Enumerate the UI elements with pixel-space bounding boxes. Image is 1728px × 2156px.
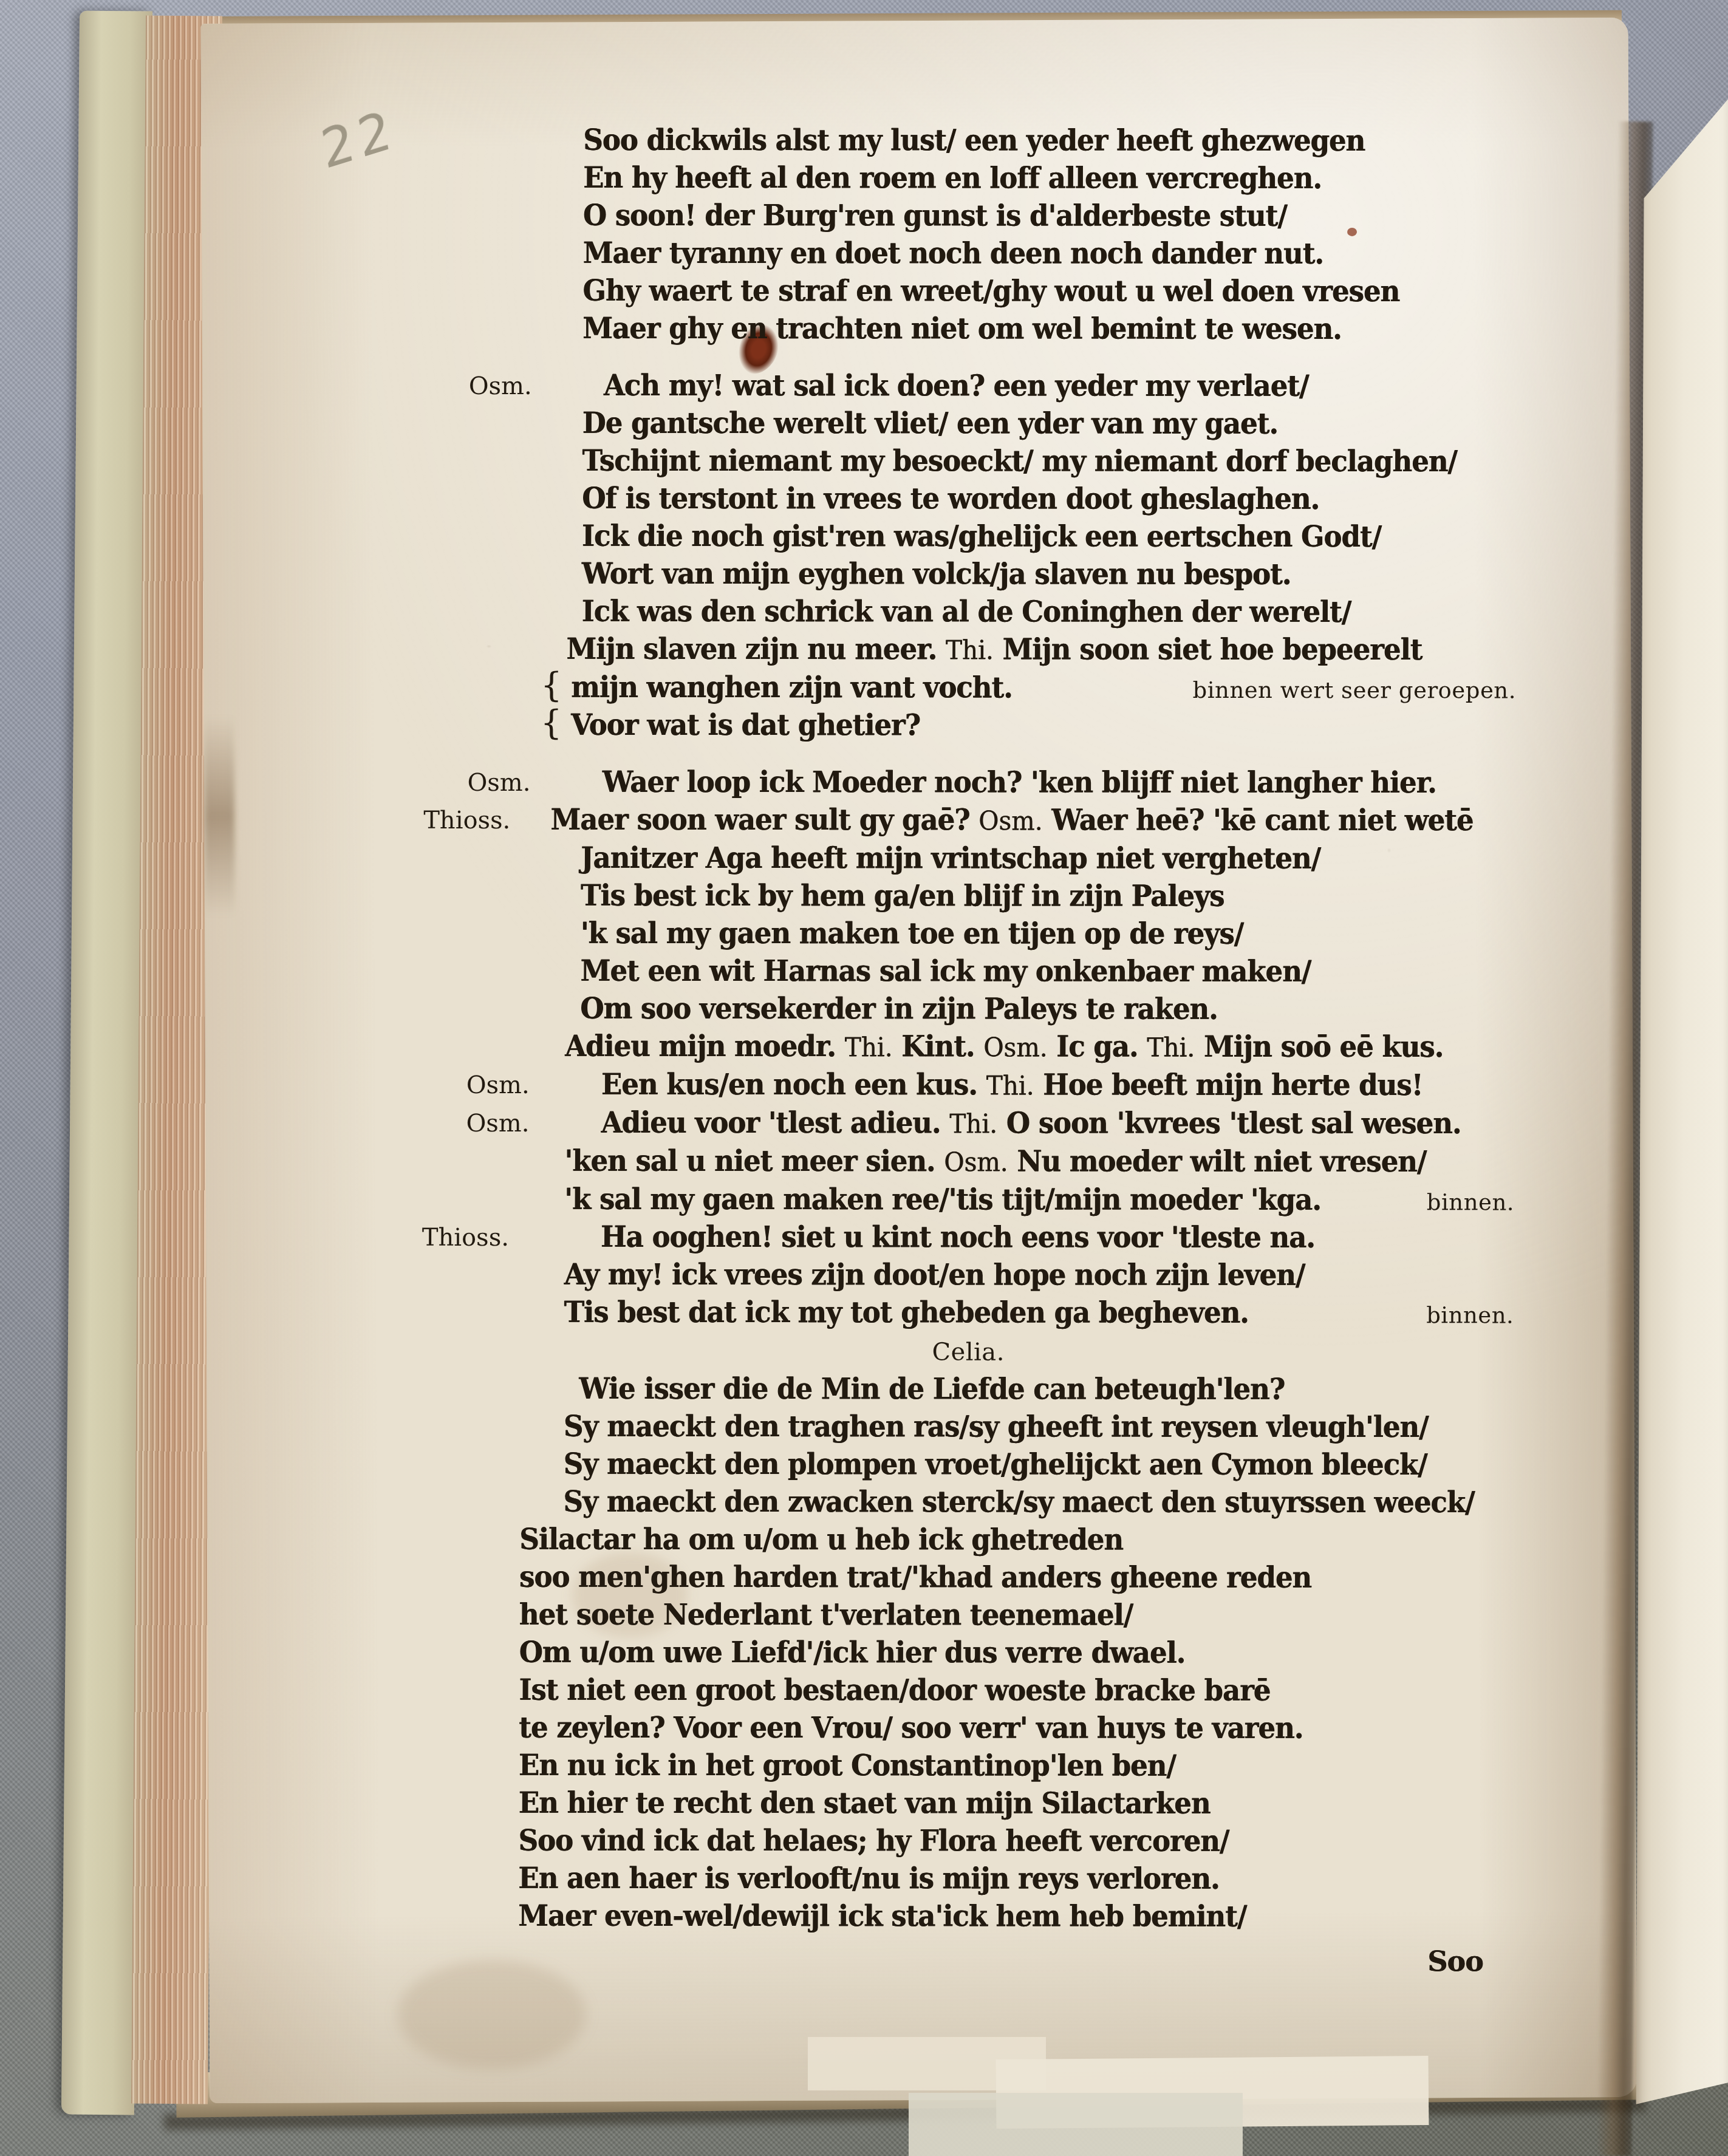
verse-line: Osm.Adieu voor 'tlest adieu. Thi. O soon… — [418, 1105, 1519, 1144]
verse-text: Tschijnt niemant my besoeckt/ my niemant… — [582, 441, 1457, 482]
verse-line: Celia. — [418, 1332, 1518, 1372]
verse-text: soo men'ghen harden trat/'khad anders gh… — [519, 1557, 1311, 1598]
verse-line: Wort van mijn eyghen volck/ja slaven nu … — [421, 556, 1521, 595]
verse-text: Maer soon waer sult gy gaē? Osm. Waer he… — [550, 800, 1473, 842]
verse-text: Ick was den schrick van al de Coninghen … — [581, 592, 1351, 632]
verse-line: Janitzer Aga heeft mijn vrintschap niet … — [420, 840, 1520, 879]
catchword: Soo — [1427, 1945, 1483, 1977]
facing-page-edge — [1630, 0, 1728, 2156]
verse-line: Of is terstont in vrees te worden doot g… — [421, 480, 1521, 519]
verse-text: het soete Nederlant t'verlaten teenemael… — [519, 1595, 1133, 1636]
verse-text: 'ken sal u niet meer sien. Osm. Nu moede… — [564, 1141, 1426, 1183]
verse-text: te zeylen? Voor een Vrou/ soo verr' van … — [519, 1708, 1303, 1748]
verse-lines: Soo dickwils alst my lust/ een yeder hee… — [416, 122, 1523, 1937]
verse-line: 'ken sal u niet meer sien. Osm. Nu moede… — [418, 1143, 1519, 1182]
verse-text: Silactar ha om u/om u heb ick ghetreden — [519, 1520, 1123, 1560]
verse-line: Sy maeckt den zwacken sterck/sy maect de… — [417, 1484, 1518, 1523]
verse-line: Tis best ick by hem ga/en blijf in zijn … — [420, 878, 1520, 916]
verse-text: Soo dickwils alst my lust/ een yeder hee… — [583, 120, 1365, 161]
verse-line: te zeylen? Voor een Vrou/ soo verr' van … — [417, 1710, 1517, 1748]
verse-text: En nu ick in het groot Constantinop'len … — [519, 1745, 1176, 1786]
verse-text: Ghy waert te straf en wreet/ghy wout u w… — [582, 271, 1399, 312]
brace: { — [541, 704, 562, 742]
stage-direction: binnen. — [1427, 1184, 1514, 1221]
verse-text: En hy heeft al den roem en loff alleen v… — [583, 158, 1322, 199]
catchword-row: Soo — [416, 1944, 1517, 1978]
verse-line: Ay my! ick vrees zijn doot/en hope noch … — [418, 1257, 1519, 1295]
verse-line: Thioss.Ha ooghen! siet u kint noch eens … — [418, 1219, 1519, 1258]
verse-line: Soo dickwils alst my lust/ een yeder hee… — [422, 122, 1523, 161]
verse-line: Tschijnt niemant my besoeckt/ my niemant… — [421, 443, 1521, 482]
verse-text: Maer ghy en trachten niet om wel bemint … — [582, 309, 1342, 349]
speaker-label: Thioss. — [422, 1219, 509, 1257]
verse-line: Sy maeckt den traghen ras/sy gheeft int … — [418, 1408, 1518, 1447]
verse-line: En nu ick in het groot Constantinop'len … — [417, 1747, 1517, 1786]
verse-line: 'k sal my gaen maken toe en tijen op de … — [419, 915, 1520, 954]
photo-artifact-patch — [909, 2093, 1243, 2156]
verse-text: Ist niet een groot bestaen/door woeste b… — [519, 1670, 1270, 1711]
verse-line: Maer even-wel/dewijl ick sta'ick hem heb… — [416, 1898, 1517, 1937]
left-page: 22 Soo dickwils alst my lust/ een yeder … — [201, 18, 1638, 2103]
verse-line: De gantsche werelt vliet/ een yder van m… — [421, 405, 1521, 444]
verse-text: Met een wit Harnas sal ick my onkenbaer … — [580, 951, 1311, 992]
verse-line: {Voor wat is dat ghetier? — [420, 707, 1521, 746]
verse-text: Mijn slaven zijn nu meer. Thi. Mijn soon… — [566, 629, 1422, 671]
verse-text: 'k sal my gaen maken toe en tijen op de … — [580, 913, 1243, 954]
verse-text: En aen haer is verlooft/nu is mijn reys … — [518, 1858, 1220, 1899]
verse-text: Adieu voor 'tlest adieu. Thi. O soon 'kv… — [601, 1103, 1461, 1145]
ink-speck — [1347, 228, 1357, 236]
verse-text: Sy maeckt den plompen vroet/ghelijckt ae… — [563, 1444, 1427, 1486]
verse-line: O soon! der Burg'ren gunst is d'alderbes… — [422, 197, 1523, 236]
speaker-label: Osm. — [466, 1066, 530, 1104]
speaker-label: Osm. — [467, 764, 530, 802]
paper-stain — [397, 1959, 586, 2069]
verse-line: Om u/om uwe Liefd'/ick hier dus verre dw… — [417, 1634, 1517, 1673]
brace: { — [541, 667, 562, 704]
verse-text: En hier te recht den staet van mijn Sila… — [518, 1783, 1210, 1824]
verse-line: {mijn wanghen zijn vant vocht.binnen wer… — [420, 669, 1521, 708]
verse-text: O soon! der Burg'ren gunst is d'alderbes… — [583, 196, 1287, 236]
verse-text: Sy maeckt den traghen ras/sy gheeft int … — [564, 1407, 1429, 1448]
verse-text: Een kus/en noch een kus. Thi. Hoe beeft … — [601, 1065, 1423, 1107]
verse-text: Soo vind ick dat helaes; hy Flora heeft … — [518, 1821, 1229, 1861]
verse-text: Ick die noch gist'ren was/ghelijck een e… — [582, 516, 1381, 557]
stage-direction: binnen. — [1426, 1297, 1514, 1334]
verse-text: Tis best dat ick my tot ghebeden ga begh… — [564, 1292, 1249, 1333]
paper-stain — [572, 1552, 688, 1638]
verse-line: Ick die noch gist'ren was/ghelijck een e… — [421, 518, 1521, 557]
verse-text: Maer even-wel/dewijl ick sta'ick hem heb… — [518, 1896, 1246, 1937]
verse-text: Waer loop ick Moeder noch? 'ken blijff n… — [602, 762, 1436, 803]
verse-text: Celia. — [932, 1334, 1005, 1371]
verse-line: Thioss.Maer soon waer sult gy gaē? Osm. … — [420, 802, 1520, 841]
stage-direction: binnen wert seer geroepen. — [1192, 672, 1516, 709]
spine-smudge — [204, 716, 235, 916]
verse-text: Sy maeckt den zwacken sterck/sy maect de… — [563, 1482, 1474, 1523]
verse-text: Ay my! ick vrees zijn doot/en hope noch … — [564, 1255, 1305, 1295]
verse-line: het soete Nederlant t'verlaten teenemael… — [417, 1597, 1518, 1636]
verse-text: 'k sal my gaen maken ree/'tis tijt/mijn … — [564, 1179, 1321, 1220]
verse-line: Met een wit Harnas sal ick my onkenbaer … — [419, 953, 1520, 992]
verse-text: Om soo versekerder in zijn Paleys te rak… — [580, 989, 1218, 1029]
verse-text: Ach my! wat sal ick doen? een yeder my v… — [604, 366, 1309, 406]
verse-line: Ick was den schrick van al de Coninghen … — [420, 593, 1521, 632]
verse-line: En hy heeft al den roem en loff alleen v… — [422, 160, 1523, 199]
speaker-label: Osm. — [469, 367, 532, 405]
ink-stain — [734, 320, 784, 379]
verse-line: En aen haer is verlooft/nu is mijn reys … — [416, 1860, 1517, 1899]
text-block: Soo dickwils alst my lust/ een yeder hee… — [416, 122, 1523, 1978]
verse-line: soo men'ghen harden trat/'khad anders gh… — [417, 1559, 1518, 1598]
verse-text: Of is terstont in vrees te worden doot g… — [582, 479, 1319, 519]
verse-line: Ghy waert te straf en wreet/ghy wout u w… — [422, 273, 1522, 312]
verse-line: Tis best dat ick my tot ghebeden ga begh… — [418, 1294, 1518, 1333]
verse-line: Maer ghy en trachten niet om wel bemint … — [422, 310, 1522, 349]
verse-line: Adieu mijn moedr. Thi. Kint. Osm. Ic ga.… — [419, 1028, 1520, 1068]
verse-line: Maer tyranny en doet noch deen noch dand… — [422, 235, 1522, 274]
verse-line: 'k sal my gaen maken ree/'tis tijt/mijn … — [418, 1181, 1519, 1220]
verse-text: Wie isser die de Min de Liefde can beteu… — [579, 1369, 1285, 1410]
verse-line: Om soo versekerder in zijn Paleys te rak… — [419, 991, 1520, 1029]
verse-line: Osm.Een kus/en noch een kus. Thi. Hoe be… — [419, 1066, 1520, 1106]
verse-text: Adieu mijn moedr. Thi. Kint. Osm. Ic ga.… — [565, 1026, 1443, 1068]
verse-line: Wie isser die de Min de Liefde can beteu… — [418, 1371, 1518, 1410]
verse-text: De gantsche werelt vliet/ een yder van m… — [582, 403, 1278, 444]
verse-text: Voor wat is dat ghetier? — [571, 705, 920, 746]
verse-text: mijn wanghen zijn vant vocht. — [571, 667, 1013, 708]
verse-text: Maer tyranny en doet noch deen noch dand… — [582, 233, 1323, 274]
verse-line: Soo vind ick dat helaes; hy Flora heeft … — [416, 1823, 1517, 1861]
speaker-label: Osm. — [466, 1105, 529, 1142]
verse-line: Osm.Ach my! wat sal ick doen? een yeder … — [422, 367, 1522, 406]
verse-text: Tis best ick by hem ga/en blijf in zijn … — [581, 876, 1224, 916]
page-number-handwritten: 22 — [316, 98, 400, 181]
verse-line: Ist niet een groot bestaen/door woeste b… — [417, 1672, 1517, 1711]
verse-line: Osm.Waer loop ick Moeder noch? 'ken blij… — [420, 764, 1520, 803]
verse-line: Sy maeckt den plompen vroet/ghelijckt ae… — [417, 1446, 1518, 1485]
verse-text: Ha ooghen! siet u kint noch eens voor 't… — [601, 1217, 1315, 1258]
verse-line: Silactar ha om u/om u heb ick ghetreden — [417, 1521, 1518, 1560]
verse-line: Mijn slaven zijn nu meer. Thi. Mijn soon… — [420, 631, 1521, 670]
verse-text: Janitzer Aga heeft mijn vrintschap niet … — [581, 838, 1320, 879]
verse-line: En hier te recht den staet van mijn Sila… — [416, 1785, 1517, 1824]
verse-text: Wort van mijn eyghen volck/ja slaven nu … — [582, 554, 1291, 595]
speaker-label: Thioss. — [423, 802, 510, 839]
verse-text: Om u/om uwe Liefd'/ick hier dus verre dw… — [519, 1632, 1185, 1673]
book-page-photo: 22 Soo dickwils alst my lust/ een yeder … — [0, 0, 1728, 2156]
